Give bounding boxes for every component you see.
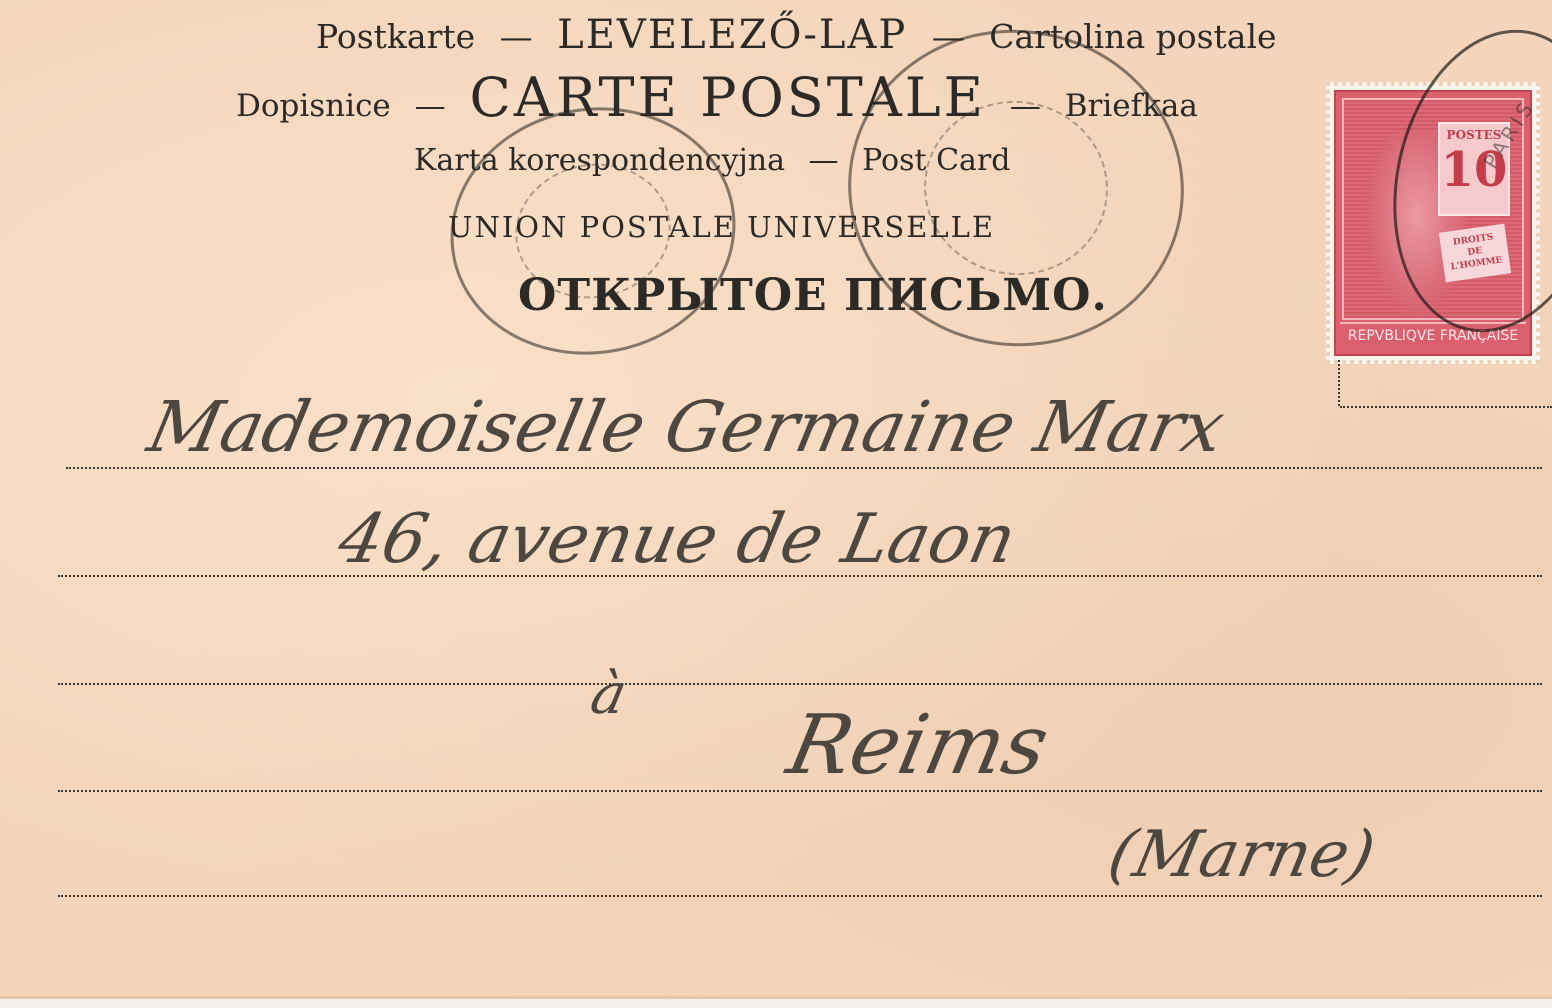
header-line-3: Karta korespondencyjna — Post Card — [414, 143, 1010, 178]
header-union-postale-universelle: UNION POSTALE UNIVERSELLE — [448, 210, 995, 244]
address-line-5-rule — [58, 895, 1542, 897]
header-levelezo-lap: LEVELEZŐ-LAP — [557, 12, 907, 58]
header-line-2: Dopisnice — CARTE POSTALE — Briefkaa — [236, 66, 1198, 129]
stamp-box-border-horizontal — [1340, 406, 1552, 408]
address-street: 46, avenue de Laon — [332, 500, 1023, 579]
header-carte-postale: CARTE POSTALE — [470, 66, 987, 129]
header-otkrytoe-pismo: ОТКРЫТОЕ ПИСЬМО. — [518, 270, 1108, 321]
address-city: Reims — [780, 698, 1057, 793]
header-cartolina-postale: Cartolina postale — [989, 17, 1276, 56]
address-department: (Marne) — [1102, 818, 1381, 892]
header-dopisnice: Dopisnice — [236, 88, 391, 124]
header-karta-korespondencyjna: Karta korespondencyjna — [414, 143, 785, 178]
header-line-1: Postkarte — LEVELEZŐ-LAP — Cartolina pos… — [316, 12, 1277, 58]
header-post-card: Post Card — [862, 143, 1010, 178]
header-briefkaart: Briefkaa — [1065, 88, 1198, 124]
address-line-3-rule — [58, 683, 1542, 685]
postcard: Postkarte — LEVELEZŐ-LAP — Cartolina pos… — [0, 0, 1552, 999]
stamp-box-border-vertical — [1338, 360, 1340, 406]
address-to: à — [585, 662, 632, 727]
address-recipient: Mademoiselle Germaine Marx — [141, 386, 1231, 468]
header-postkarte: Postkarte — [316, 17, 475, 56]
